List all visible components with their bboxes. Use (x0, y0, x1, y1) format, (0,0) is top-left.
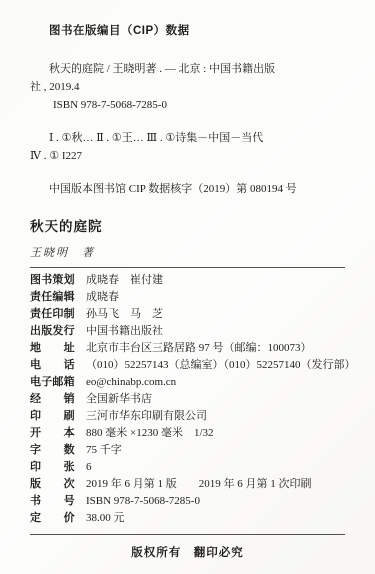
info-row: 印 张6 (30, 459, 345, 476)
cip-title-line-continued: 社 , 2019.4 (30, 78, 345, 96)
info-row-label: 版 次 (30, 476, 78, 493)
info-row-value: eo@chinabp.com.cn (86, 374, 176, 391)
copyright-notice: 版权所有 翻印必究 (30, 544, 345, 560)
info-row-value: 880 毫米 ×1230 毫米 1/32 (86, 425, 214, 442)
info-row-label: 出版发行 (30, 323, 78, 340)
cip-class-line-continued: Ⅳ . ① I227 (30, 147, 345, 165)
author-byline: 王晓明 著 (30, 244, 345, 260)
info-row: 电 话（010）52257143（总编室）（010）52257140（发行部） (30, 357, 345, 374)
info-row: 开 本880 毫米 ×1230 毫米 1/32 (30, 425, 345, 442)
title-section: 秋天的庭院 王晓明 著 (30, 215, 345, 260)
info-row-value: ISBN 978-7-5068-7285-0 (86, 493, 200, 510)
publication-info-list: 图书策划成晓春 崔付建责任编辑成晓春责任印制孙马飞 马 芝出版发行中国书籍出版社… (30, 272, 345, 527)
info-row-value: 全国新华书店 (86, 391, 152, 408)
info-row: 地 址北京市丰台区三路居路 97 号（邮编：100073） (30, 340, 345, 357)
info-row: 印 刷三河市华东印刷有限公司 (30, 408, 345, 425)
info-row-value: 75 千字 (86, 442, 122, 459)
info-row-value: （010）52257143（总编室）（010）52257140（发行部） (86, 357, 356, 374)
info-row: 责任印制孙马飞 马 芝 (30, 306, 345, 323)
divider-top (30, 267, 345, 268)
info-row-value: 2019 年 6 月第 1 版 2019 年 6 月第 1 次印刷 (86, 476, 312, 493)
info-row: 版 次2019 年 6 月第 1 版 2019 年 6 月第 1 次印刷 (30, 476, 345, 493)
info-row-value: 北京市丰台区三路居路 97 号（邮编：100073） (86, 340, 312, 357)
info-row-value: 成晓春 (86, 289, 119, 306)
info-row: 图书策划成晓春 崔付建 (30, 272, 345, 289)
info-row: 书 号ISBN 978-7-5068-7285-0 (30, 493, 345, 510)
cip-class-line: Ⅰ . ①秋… Ⅱ . ①王… Ⅲ . ①诗集－中国－当代 (30, 129, 345, 147)
info-row: 责任编辑成晓春 (30, 289, 345, 306)
info-row: 电子邮箱eo@chinabp.com.cn (30, 374, 345, 391)
cip-classification: Ⅰ . ①秋… Ⅱ . ①王… Ⅲ . ①诗集－中国－当代 Ⅳ . ① I227 (30, 129, 345, 165)
info-row-label: 书 号 (30, 493, 78, 510)
info-row-value: 三河市华东印刷有限公司 (86, 408, 207, 425)
info-row-label: 责任印制 (30, 306, 78, 323)
cip-bibliographic-entry: 秋天的庭院 / 王晓明著 . — 北京 : 中国书籍出版 社 , 2019.4 … (30, 60, 345, 114)
info-row-label: 开 本 (30, 425, 78, 442)
cip-title-line: 秋天的庭院 / 王晓明著 . — 北京 : 中国书籍出版 (30, 60, 345, 78)
info-row-label: 印 张 (30, 459, 78, 476)
info-row-value: 孙马飞 马 芝 (86, 306, 163, 323)
info-row-label: 印 刷 (30, 408, 78, 425)
info-row-label: 责任编辑 (30, 289, 78, 306)
info-row-label: 地 址 (30, 340, 78, 357)
info-row: 字 数75 千字 (30, 442, 345, 459)
info-row-value: 中国书籍出版社 (86, 323, 163, 340)
cip-header: 图书在版编目（CIP）数据 (49, 22, 345, 38)
info-row: 经 销全国新华书店 (30, 391, 345, 408)
info-row-value: 6 (86, 459, 92, 476)
copyright-page: 图书在版编目（CIP）数据 秋天的庭院 / 王晓明著 . — 北京 : 中国书籍… (0, 0, 375, 574)
cip-isbn-line: ISBN 978-7-5068-7285-0 (30, 96, 345, 114)
info-row: 出版发行中国书籍出版社 (30, 323, 345, 340)
info-row-label: 字 数 (30, 442, 78, 459)
info-row-label: 定 价 (30, 510, 78, 527)
cip-section: 图书在版编目（CIP）数据 秋天的庭院 / 王晓明著 . — 北京 : 中国书籍… (30, 22, 345, 198)
book-title: 秋天的庭院 (30, 215, 345, 235)
info-row: 定 价38.00 元 (30, 510, 345, 527)
info-row-label: 经 销 (30, 391, 78, 408)
info-row-label: 电 话 (30, 357, 78, 374)
info-row-label: 电子邮箱 (30, 374, 78, 391)
cip-record-number: 中国版本图书馆 CIP 数据核字（2019）第 080194 号 (30, 180, 345, 198)
info-row-value: 38.00 元 (86, 510, 125, 527)
info-row-label: 图书策划 (30, 272, 78, 289)
divider-bottom (30, 534, 345, 535)
info-row-value: 成晓春 崔付建 (86, 272, 163, 289)
